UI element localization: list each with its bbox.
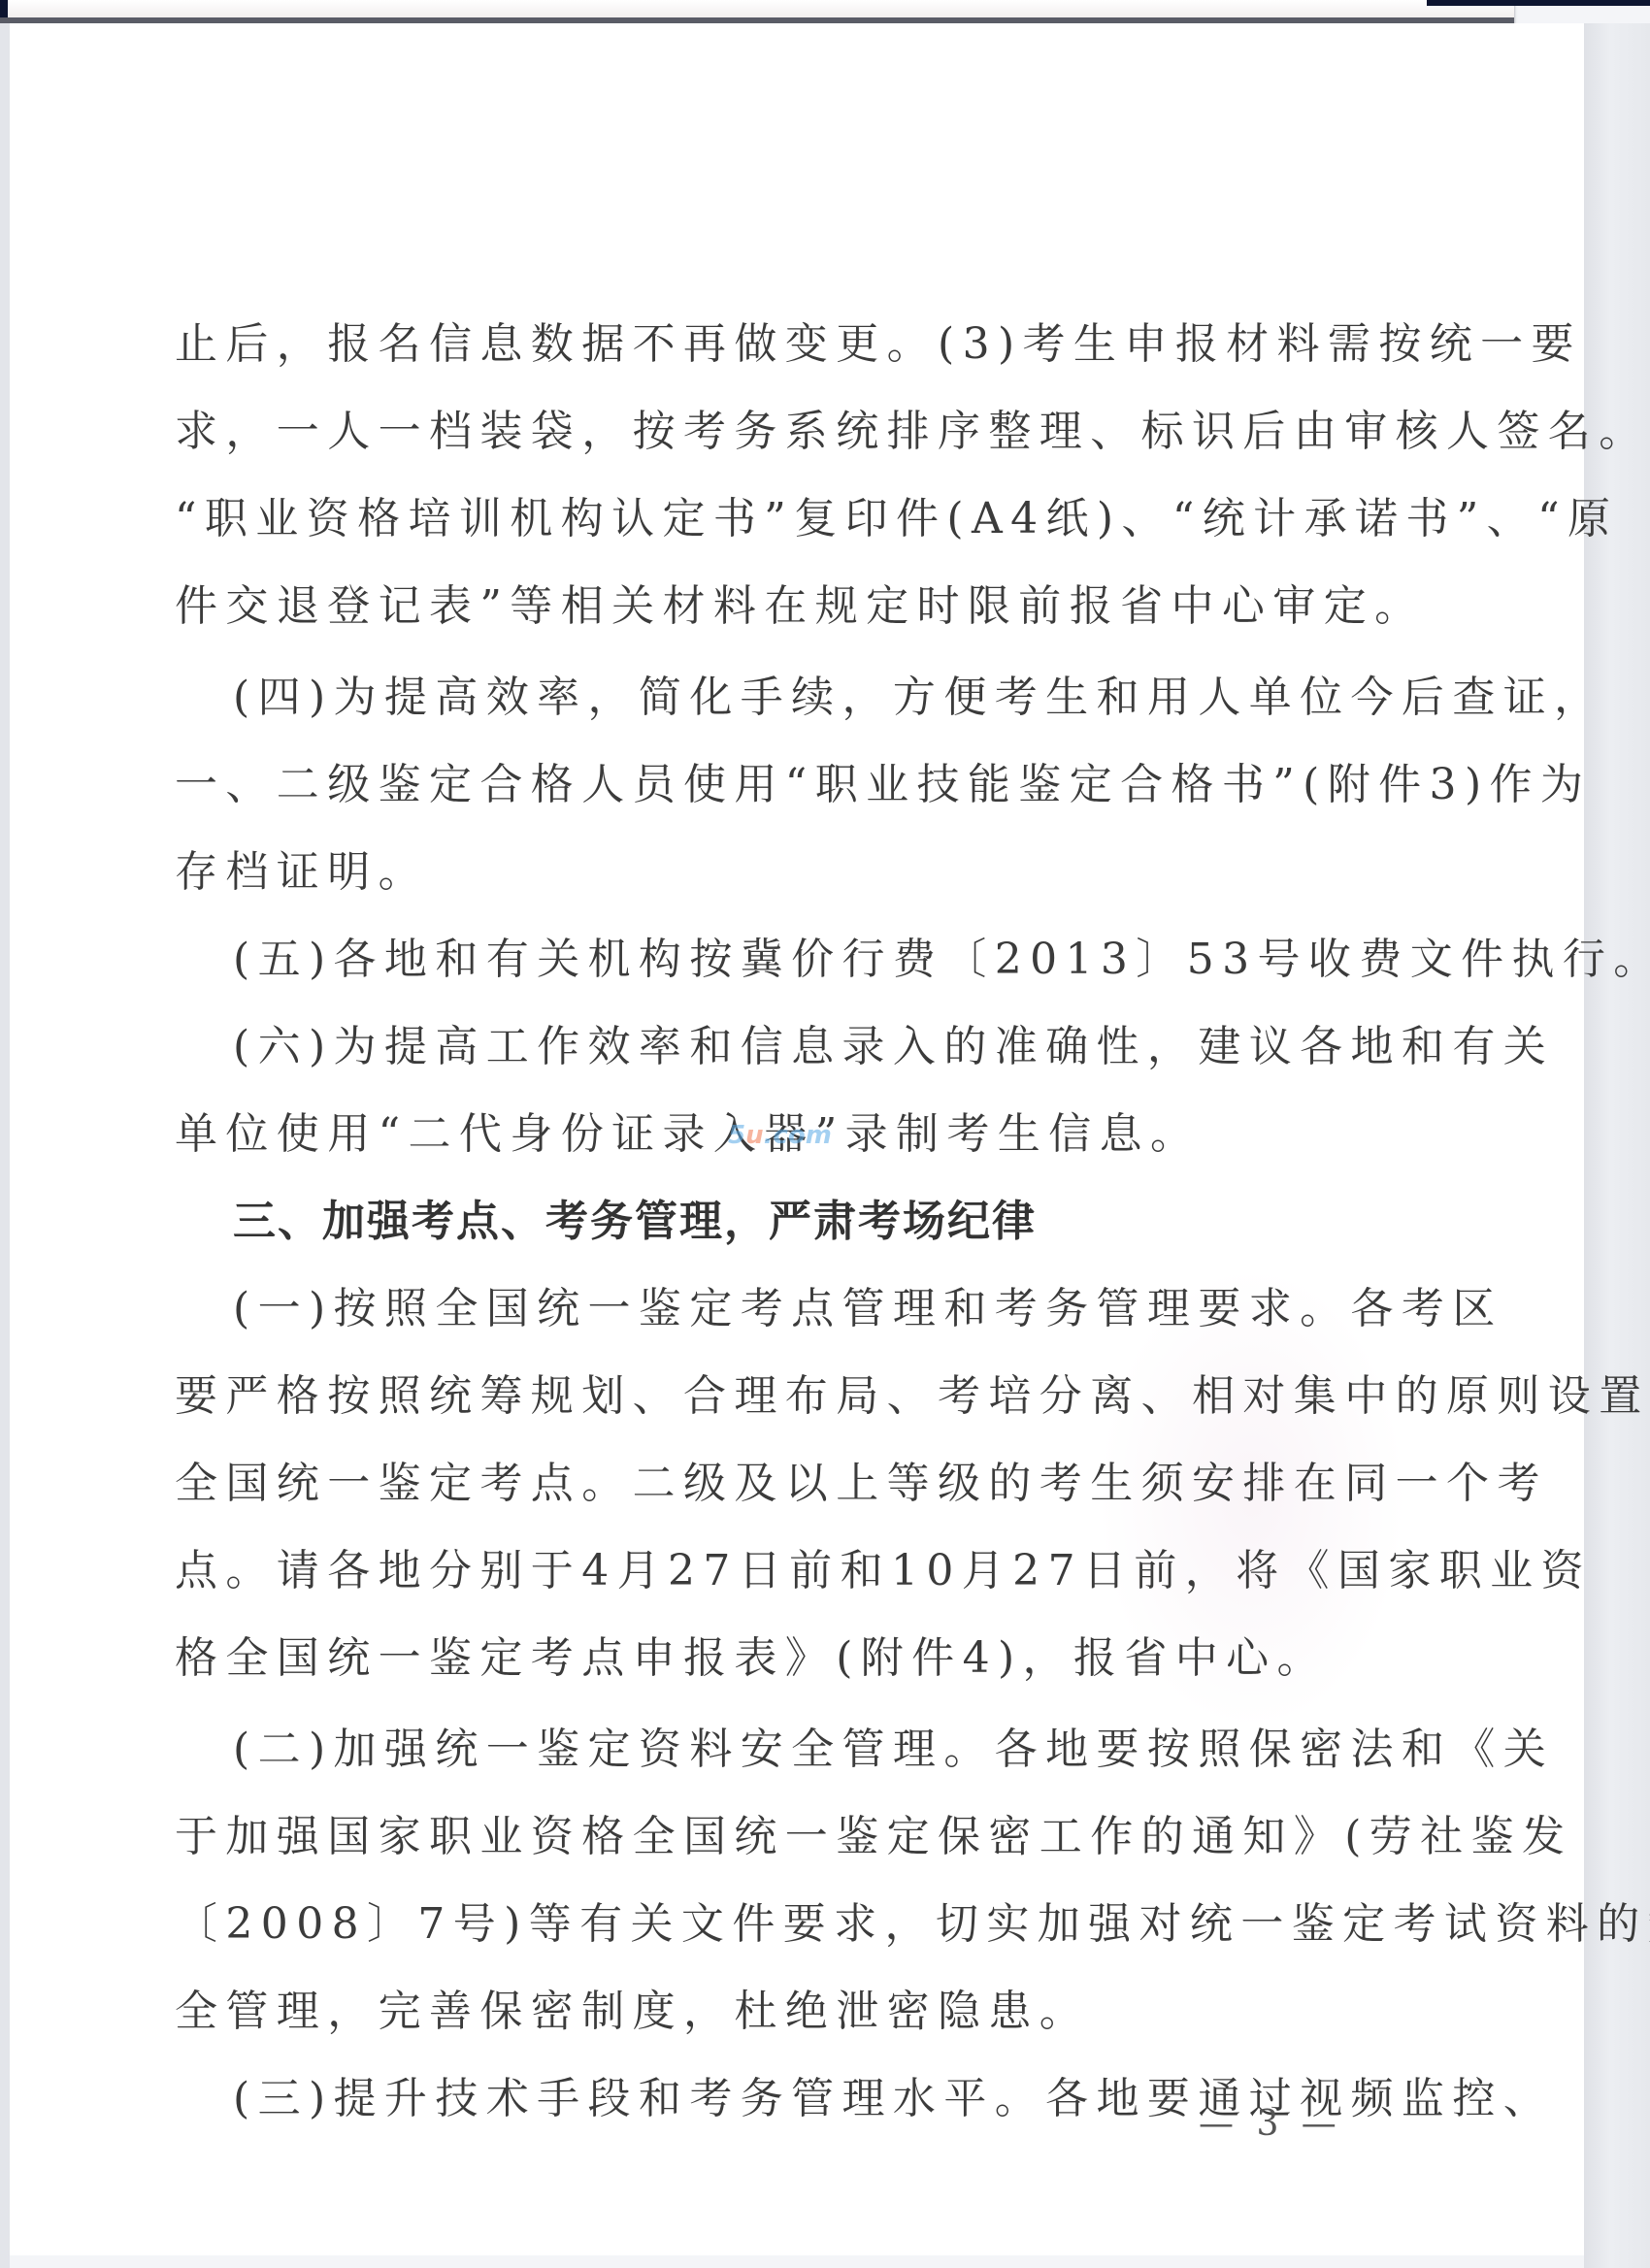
body-line: 件交退登记表”等相关材料在规定时限前报省中心审定。 [175, 563, 1354, 650]
section-heading: 三、加强考点、考务管理，严肃考场纪律 [175, 1178, 1354, 1265]
scan-edge-dark-left [0, 0, 8, 17]
body-line: 全管理，完善保密制度，杜绝泄密隐患。 [175, 1968, 1354, 2055]
site-watermark-logo: 5u.com [728, 1121, 832, 1150]
scan-margin-left [0, 23, 10, 2268]
paragraph-3-start: (三)提升技术手段和考务管理水平。各地要通过视频监控、 [175, 2055, 1354, 2143]
paragraph-4-start: (四)为提高效率，简化手续，方便考生和用人单位今后查证， [175, 654, 1354, 741]
watermark-prefix: 5 [728, 1121, 745, 1150]
paragraph-5-start: (五)各地和有关机构按冀价行费〔2013〕53号收费文件执行。 [175, 916, 1354, 1003]
watermark-suffix: .com [764, 1121, 832, 1150]
scan-edge-dark-right [1427, 0, 1650, 6]
body-line: 要严格按照统筹规划、合理布局、考培分离、相对集中的原则设置 [175, 1353, 1354, 1440]
paragraph-2-start: (二)加强统一鉴定资料安全管理。各地要按照保密法和《关 [175, 1706, 1354, 1793]
paragraph-6-start: (六)为提高工作效率和信息录入的准确性，建议各地和有关 [175, 1003, 1354, 1091]
body-line: 点。请各地分别于4月27日前和10月27日前，将《国家职业资 [175, 1528, 1354, 1615]
scan-edge-top [0, 0, 1514, 23]
body-line: 存档证明。 [175, 829, 1354, 916]
body-line: 全国统一鉴定考点。二级及以上等级的考生须安排在同一个考 [175, 1440, 1354, 1528]
watermark-accent: u [745, 1121, 764, 1150]
body-line: 格全国统一鉴定考点申报表》(附件4)，报省中心。 [175, 1615, 1354, 1702]
document-body: 止后，报名信息数据不再做变更。(3)考生申报材料需按统一要 求，一人一档装袋，按… [175, 301, 1354, 2143]
body-line: 求，一人一档装袋，按考务系统排序整理、标识后由审核人签名。 [175, 388, 1354, 476]
body-line: “职业资格培训机构认定书”复印件(A4纸)、“统计承诺书”、“原 [175, 476, 1354, 563]
body-line: 一、二级鉴定合格人员使用“职业技能鉴定合格书”(附件3)作为 [175, 741, 1354, 829]
page-number: — 3 — [1199, 2104, 1342, 2144]
paragraph-1-start: (一)按照全国统一鉴定考点管理和考务管理要求。各考区 [175, 1265, 1354, 1353]
body-line: 〔2008〕7号)等有关文件要求，切实加强对统一鉴定考试资料的安 [175, 1881, 1354, 1968]
body-line: 于加强国家职业资格全国统一鉴定保密工作的通知》(劳社鉴发 [175, 1793, 1354, 1881]
body-line: 止后，报名信息数据不再做变更。(3)考生申报材料需按统一要 [175, 301, 1354, 388]
